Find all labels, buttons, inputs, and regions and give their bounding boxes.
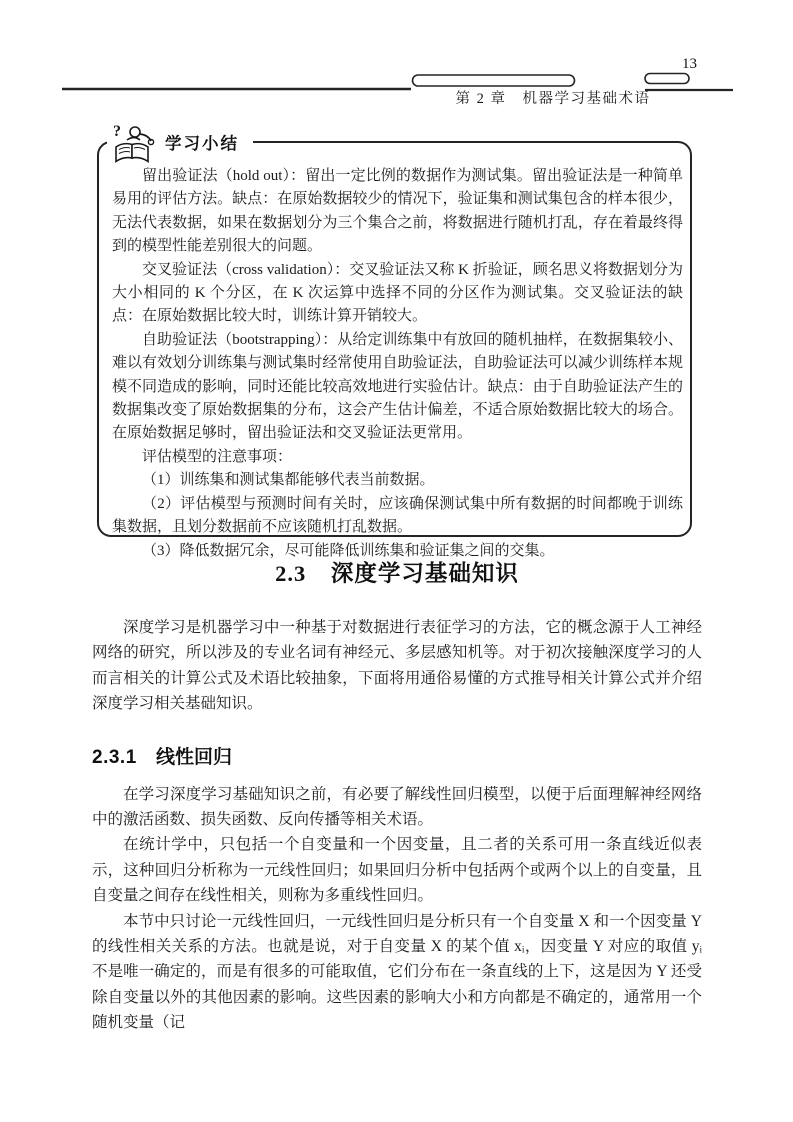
body-paragraph: 在学习深度学习基础知识之前，有必要了解线性回归模型，以便于后面理解神经网络中的激… [92, 782, 702, 833]
main-content: 2.3 深度学习基础知识 深度学习是机器学习中一种基于对数据进行表征学习的方法，… [92, 556, 702, 1036]
summary-paragraph: 评估模型的注意事项： [112, 446, 683, 469]
body-paragraph: 本节中只讨论一元线性回归，一元线性回归是分析只有一个自变量 X 和一个因变量 Y… [92, 909, 702, 1036]
subsection-number: 2.3.1 [92, 747, 137, 768]
summary-list-item: （1）训练集和测试集都能够代表当前数据。 [112, 469, 683, 492]
section-title: 深度学习基础知识 [331, 561, 519, 586]
summary-box: ? 学习小结 留出验证法（hold out）：留出一定比例的数据作为测试集。留出… [97, 141, 692, 537]
body-paragraph: 在统计学中，只包括一个自变量和一个因变量，且二者的关系可用一条直线近似表示，这种… [92, 832, 702, 908]
summary-list-item: （2）评估模型与预测时间有关时，应该确保测试集中所有数据的时间都晚于训练集数据，… [112, 493, 683, 540]
svg-text:?: ? [113, 123, 121, 140]
header-rule-decoration [0, 0, 793, 115]
section-heading: 2.3 深度学习基础知识 [92, 556, 702, 588]
page-number: 13 [682, 56, 722, 73]
running-head-chapter: 第 2 章 机器学习基础术语 [448, 87, 658, 108]
summary-paragraph: 自助验证法（bootstrapping）：从给定训练集中有放回的随机抽样，在数据… [112, 329, 683, 446]
subsection-heading: 2.3.1 线性回归 [92, 742, 702, 769]
subsection-title: 线性回归 [156, 747, 232, 768]
summary-box-content: 留出验证法（hold out）：留出一定比例的数据作为测试集。留出验证法是一种简… [99, 143, 690, 535]
summary-paragraph: 留出验证法（hold out）：留出一定比例的数据作为测试集。留出验证法是一种简… [112, 165, 683, 259]
book-page: 第 2 章 机器学习基础术语 13 ? 学习小结 [0, 0, 793, 1122]
summary-paragraph: 交叉验证法（cross validation）：交叉验证法又称 K 折验证，顾名… [112, 259, 683, 329]
body-paragraph: 深度学习是机器学习中一种基于对数据进行表征学习的方法，它的概念源于人工神经网络的… [92, 615, 702, 717]
section-number: 2.3 [275, 561, 306, 586]
